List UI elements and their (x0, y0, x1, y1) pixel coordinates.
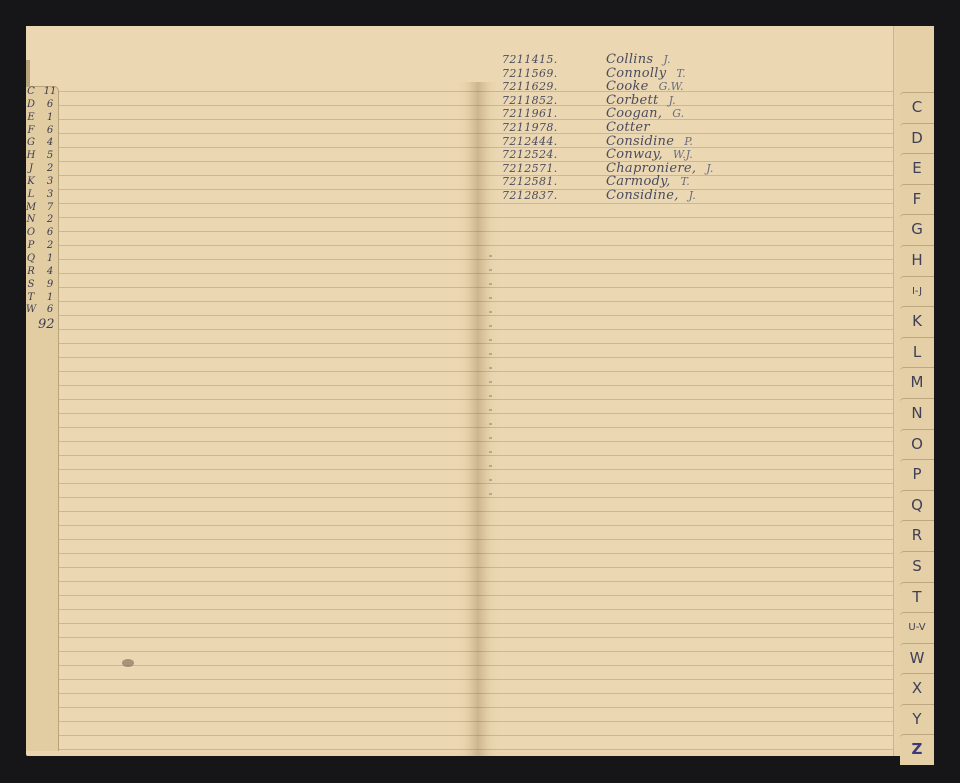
service-number: 7211415. (502, 53, 606, 67)
list-item: 7212524.Conway,W.J. (502, 148, 832, 162)
initials: J. (689, 189, 696, 203)
list-item: 7211415.CollinsJ. (502, 53, 832, 67)
list-item: 7211629.CookeG.W. (502, 80, 832, 94)
index-tab-e[interactable]: E (900, 153, 934, 184)
spine-stitch-marks (489, 255, 492, 505)
tally-count: 2 (40, 214, 60, 227)
left-page (26, 26, 478, 756)
tally-count: 5 (40, 150, 60, 163)
service-number: 7211852. (502, 94, 606, 108)
tally-row: K3 (22, 176, 66, 189)
index-tab-z[interactable]: Z (900, 734, 934, 765)
tally-count: 6 (40, 99, 60, 112)
tally-letter: P (22, 240, 40, 253)
tally-letter: J (22, 163, 40, 176)
index-tab-k[interactable]: K (900, 306, 934, 337)
surname: Corbett (606, 94, 659, 108)
list-item: 7211569.ConnollyT. (502, 67, 832, 81)
index-tab-c[interactable]: C (900, 92, 934, 123)
tally-letter: K (22, 176, 40, 189)
service-number: 7211629. (502, 80, 606, 94)
tally-letter: F (22, 125, 40, 138)
service-number: 7212571. (502, 162, 606, 176)
index-tab-p[interactable]: P (900, 459, 934, 490)
tally-letter: S (22, 279, 40, 292)
tally-row: P2 (22, 240, 66, 253)
tally-count: 6 (40, 304, 60, 317)
service-number: 7212837. (502, 189, 606, 203)
tally-count: 4 (40, 137, 60, 150)
tally-row: N2 (22, 214, 66, 227)
tally-letter: D (22, 99, 40, 112)
tally-count: 4 (40, 266, 60, 279)
tally-letter: G (22, 137, 40, 150)
tally-row: W6 (22, 304, 66, 317)
tally-row: D6 (22, 99, 66, 112)
list-item: 7212444.ConsidineP. (502, 135, 832, 149)
initials: T. (681, 175, 690, 189)
tally-letter: L (22, 189, 40, 202)
list-item: 7212571.Chaproniere,J. (502, 162, 832, 176)
surname: Cotter (606, 121, 650, 135)
tally-letter: R (22, 266, 40, 279)
initials: J. (669, 94, 676, 108)
tally-letter: O (22, 227, 40, 240)
initials: J. (663, 53, 670, 67)
tally-letter: M (22, 202, 40, 215)
surname: Considine, (606, 189, 679, 203)
service-number: 7211569. (502, 67, 606, 81)
index-tab-q[interactable]: Q (900, 490, 934, 521)
tally-count: 3 (40, 176, 60, 189)
tally-count: 6 (40, 227, 60, 240)
tally-count: 7 (40, 202, 60, 215)
tally-row: Q1 (22, 253, 66, 266)
tally-letter: N (22, 214, 40, 227)
tally-row: M7 (22, 202, 66, 215)
index-tab-i-j[interactable]: I-J (900, 276, 934, 307)
surname: Connolly (606, 67, 666, 81)
tally-row: R4 (22, 266, 66, 279)
tally-count: 1 (40, 253, 60, 266)
tally-letter: H (22, 150, 40, 163)
surname: Considine (606, 135, 674, 149)
index-tab-h[interactable]: H (900, 245, 934, 276)
surname: Chaproniere, (606, 162, 696, 176)
tally-row: O6 (22, 227, 66, 240)
tally-row: T1 (22, 292, 66, 305)
index-tab-n[interactable]: N (900, 398, 934, 429)
letter-tally: C11 D6 E1 F6 G4 H5 J2 K3 L3 M7 N2 O6 P2 … (22, 86, 66, 333)
tally-count: 9 (40, 279, 60, 292)
service-number: 7211978. (502, 121, 606, 135)
initials: P. (684, 135, 693, 149)
initials: W.J. (673, 148, 693, 162)
initials: J. (706, 162, 713, 176)
list-item: 7211961.Coogan,G. (502, 107, 832, 121)
tally-row: S9 (22, 279, 66, 292)
tally-count: 2 (40, 240, 60, 253)
index-tab-t[interactable]: T (900, 582, 934, 613)
list-item: 7212581.Carmody,T. (502, 175, 832, 189)
tally-count: 2 (40, 163, 60, 176)
index-tab-f[interactable]: F (900, 184, 934, 215)
name-list: 7211415.CollinsJ. 7211569.ConnollyT. 721… (502, 53, 832, 203)
tally-letter: E (22, 112, 40, 125)
list-item: 7211852.CorbettJ. (502, 94, 832, 108)
index-tab-l[interactable]: L (900, 337, 934, 368)
tally-row: L3 (22, 189, 66, 202)
tally-row: J2 (22, 163, 66, 176)
surname: Collins (606, 53, 653, 67)
surname: Coogan, (606, 107, 662, 121)
tally-row: G4 (22, 137, 66, 150)
service-number: 7211961. (502, 107, 606, 121)
tally-count: 1 (40, 292, 60, 305)
index-tab-x[interactable]: X (900, 673, 934, 704)
tally-row: E1 (22, 112, 66, 125)
tally-count: 3 (40, 189, 60, 202)
list-item: 7211978.Cotter (502, 121, 832, 135)
tally-letter: T (22, 292, 40, 305)
tally-total: 92 (38, 317, 66, 333)
index-tab-w[interactable]: W (900, 643, 934, 674)
index-tab-d[interactable]: D (900, 123, 934, 154)
service-number: 7212444. (502, 135, 606, 149)
index-tab-r[interactable]: R (900, 520, 934, 551)
tally-letter: C (22, 86, 40, 99)
tally-row: C11 (22, 86, 66, 99)
initials: T. (676, 67, 685, 81)
index-tab-s[interactable]: S (900, 551, 934, 582)
index-tab-u-v[interactable]: U-V (900, 612, 934, 643)
initials: G.W. (659, 80, 684, 94)
initials: G. (672, 107, 684, 121)
tally-count: 6 (40, 125, 60, 138)
tally-count: 1 (40, 112, 60, 125)
surname: Carmody, (606, 175, 671, 189)
index-tab-m[interactable]: M (900, 367, 934, 398)
tally-row: H5 (22, 150, 66, 163)
index-tab-g[interactable]: G (900, 214, 934, 245)
tally-letter: W (22, 304, 40, 317)
ink-smudge (122, 659, 134, 667)
tally-letter: Q (22, 253, 40, 266)
service-number: 7212524. (502, 148, 606, 162)
surname: Cooke (606, 80, 649, 94)
alphabet-index-tabs: C D E F G H I-J K L M N O P Q R S T U-V … (900, 92, 934, 765)
surname: Conway, (606, 148, 663, 162)
tally-count: 11 (40, 86, 60, 99)
index-tab-o[interactable]: O (900, 429, 934, 460)
tally-row: F6 (22, 125, 66, 138)
list-item: 7212837.Considine,J. (502, 189, 832, 203)
index-tab-y[interactable]: Y (900, 704, 934, 735)
service-number: 7212581. (502, 175, 606, 189)
